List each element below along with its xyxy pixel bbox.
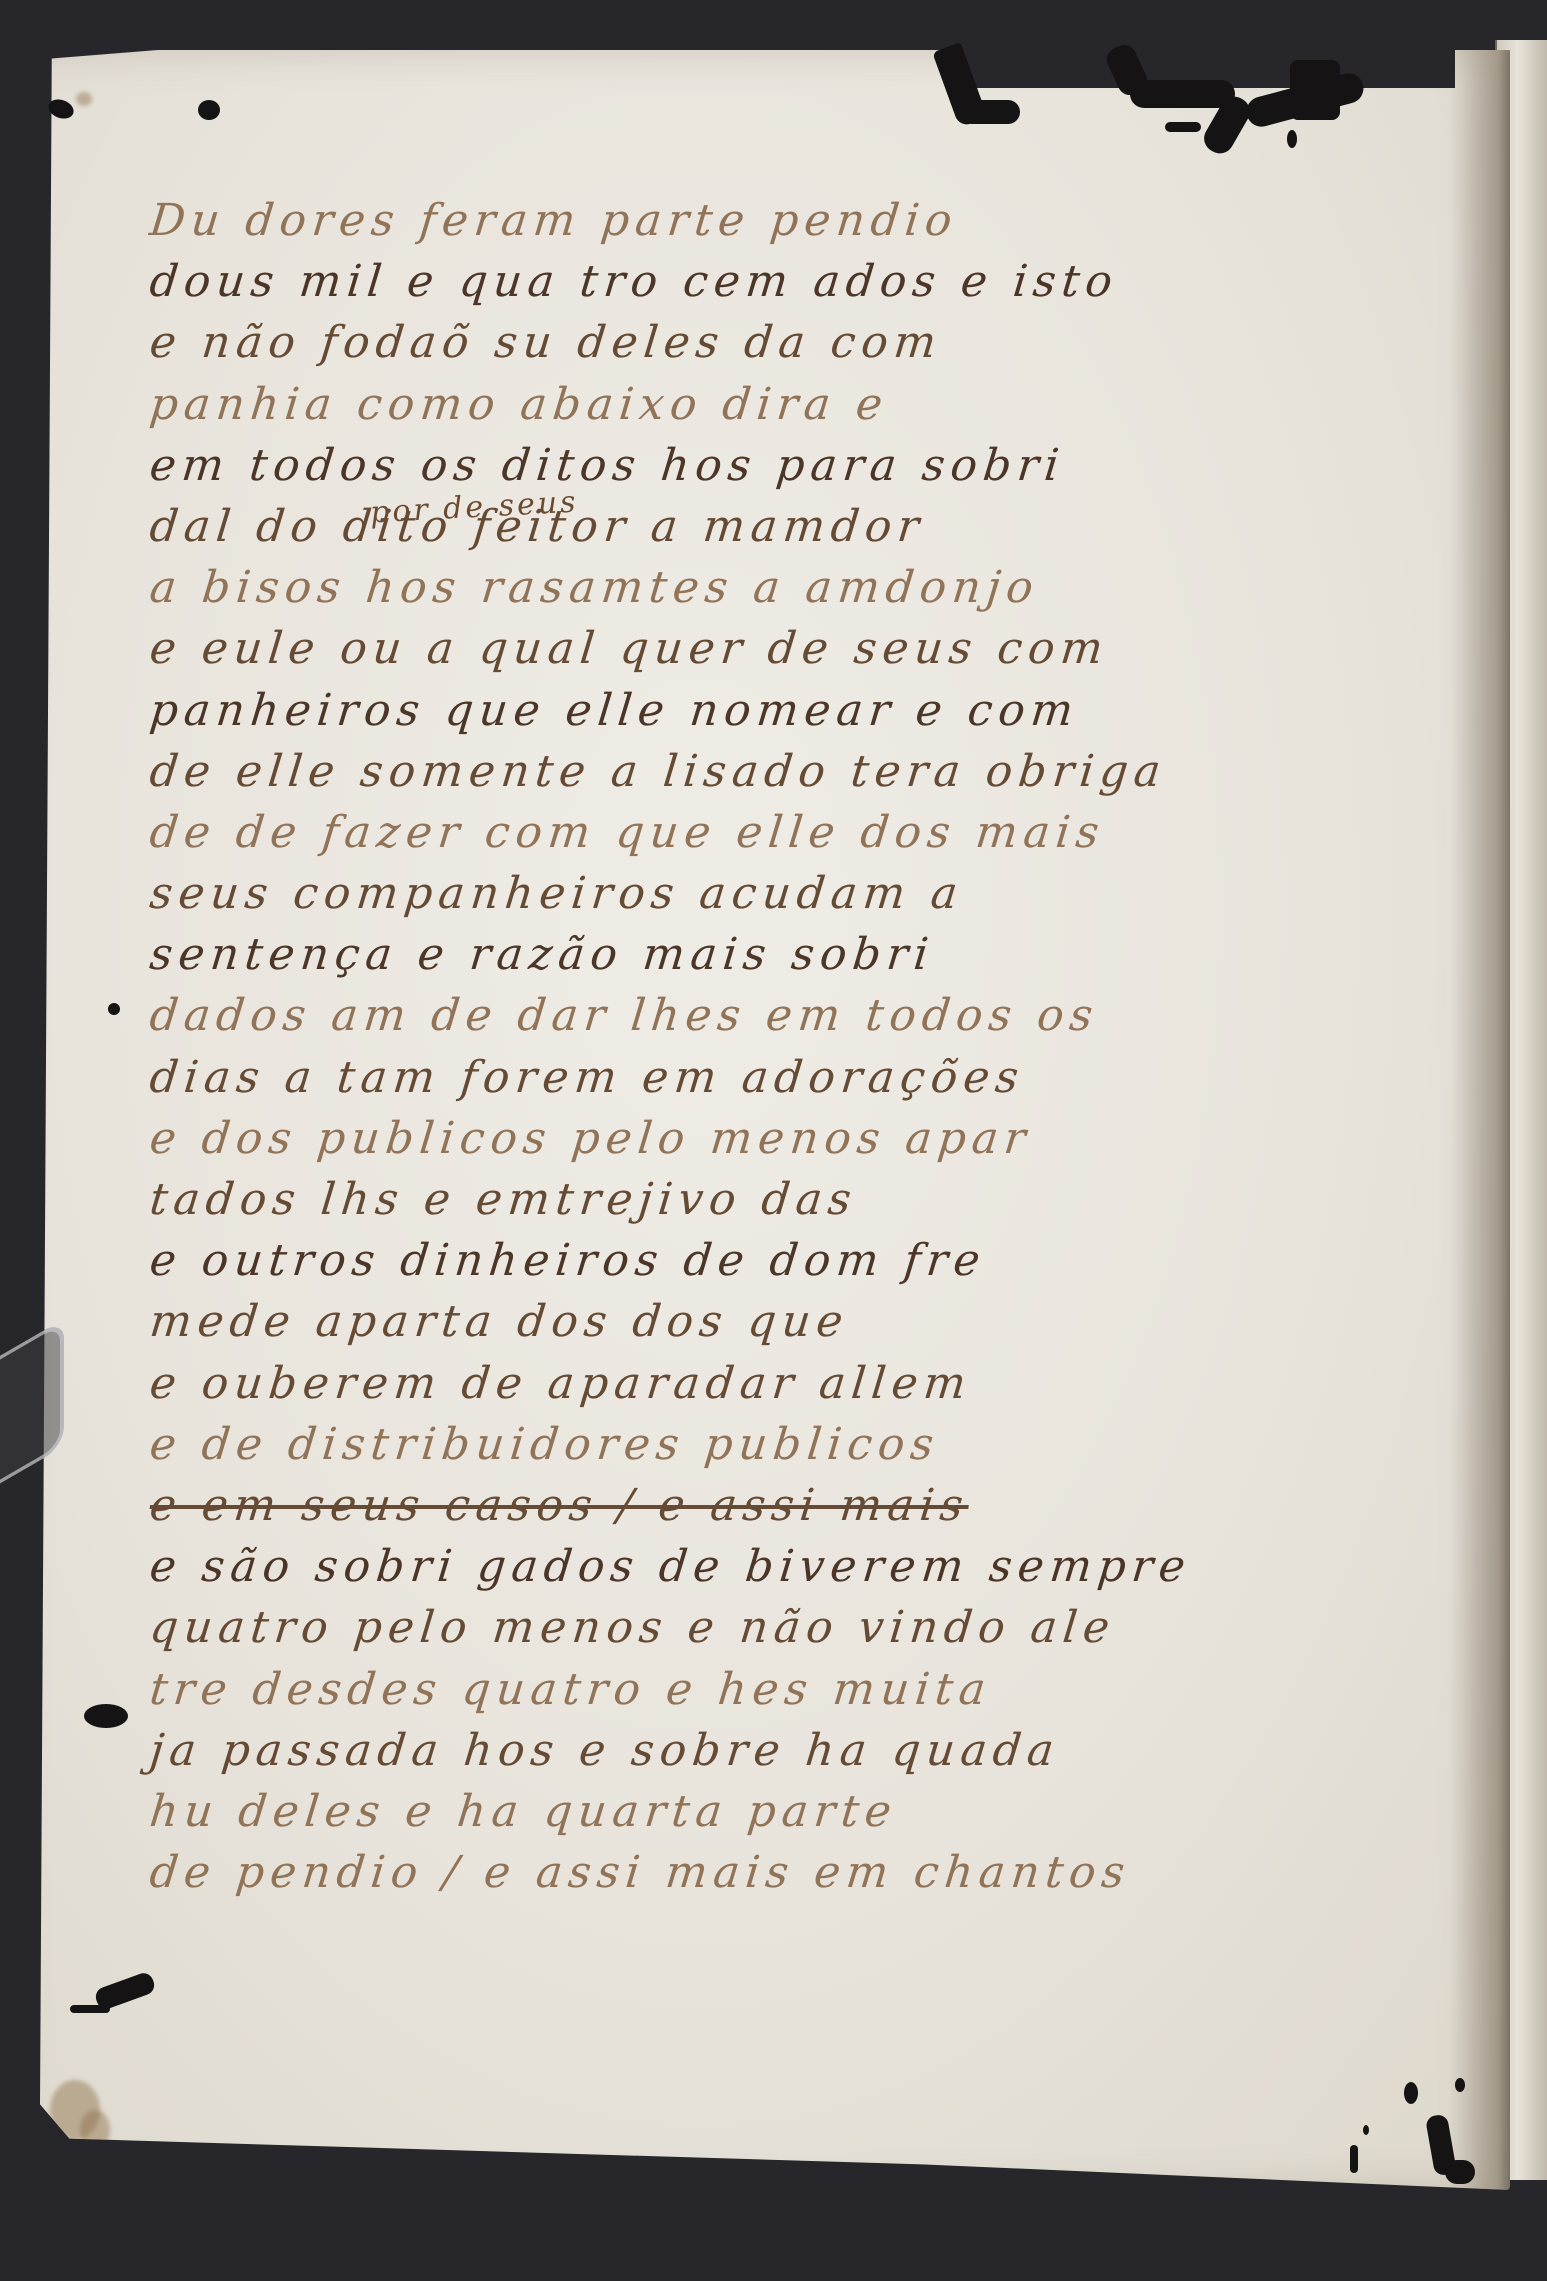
manuscript-line: e outros dinheiros de dom fre <box>147 1230 1473 1291</box>
ink-blot-icon <box>70 2005 110 2013</box>
manuscript-line: a bisos hos rasamtes a amdonjo <box>147 557 1473 618</box>
manuscript-line: de pendio / e assi mais em chantos <box>147 1842 1473 1903</box>
manuscript-line: dias a tam forem em adorações <box>147 1047 1473 1108</box>
manuscript-line: panheiros que elle nomear e com <box>147 680 1473 741</box>
ink-blot-icon <box>1165 122 1201 132</box>
ink-blot-icon <box>1350 2145 1358 2173</box>
manuscript-line: dal do dito feitor a mamdor <box>147 496 1473 557</box>
manuscript-line: quatro pelo menos e não vindo ale <box>147 1597 1473 1658</box>
ink-blot-icon <box>1404 2082 1418 2104</box>
manuscript-line: e são sobri gados de biverem sempre <box>147 1536 1473 1597</box>
manuscript-line: e não fodaõ su deles da com <box>147 312 1473 373</box>
manuscript-line: em todos os ditos hos para sobri <box>147 435 1473 496</box>
manuscript-scan: Du dores feram parte pendio dous mil e q… <box>0 0 1547 2281</box>
manuscript-line: dous mil e qua tro cem ados e isto <box>147 251 1473 312</box>
ink-blot-icon <box>1130 80 1235 108</box>
manuscript-line: tre desdes quatro e hes muita <box>147 1659 1473 1720</box>
manuscript-sheet: Du dores feram parte pendio dous mil e q… <box>40 50 1510 2190</box>
manuscript-line: panhia como abaixo dira e <box>147 374 1473 435</box>
ink-blot-icon <box>1455 2078 1465 2092</box>
stain <box>76 92 92 106</box>
manuscript-line: e de distribuidores publicos <box>147 1414 1473 1475</box>
ink-blot-icon <box>1363 2125 1369 2135</box>
stain <box>80 2110 110 2150</box>
manuscript-line: Du dores feram parte pendio <box>147 190 1473 251</box>
ink-blot-icon <box>960 100 1020 124</box>
manuscript-line: sentença e razão mais sobri <box>147 924 1473 985</box>
manuscript-line: seus companheiros acudam a <box>147 863 1473 924</box>
manuscript-line: de elle somente a lisado tera obriga <box>147 741 1473 802</box>
ink-blot-icon <box>1287 130 1297 148</box>
manuscript-line: de de fazer com que elle dos mais <box>147 802 1473 863</box>
manuscript-line: hu deles e ha quarta parte <box>147 1781 1473 1842</box>
manuscript-line: tados lhs e emtrejivo das <box>147 1169 1473 1230</box>
ink-blot-icon <box>1290 60 1340 120</box>
manuscript-line: e em seus casos / e assi mais <box>147 1475 1473 1536</box>
handwritten-text: Du dores feram parte pendio dous mil e q… <box>150 190 1470 1903</box>
ink-blot-icon <box>198 100 220 120</box>
ink-blot-icon <box>1445 2160 1475 2184</box>
manuscript-line: ja passada hos e sobre ha quada <box>147 1720 1473 1781</box>
manuscript-line: e dos publicos pelo menos apar <box>147 1108 1473 1169</box>
manuscript-line: e ouberem de aparadar allem <box>147 1353 1473 1414</box>
manuscript-line: mede aparta dos dos que <box>147 1291 1473 1352</box>
manuscript-line: e eule ou a qual quer de seus com <box>147 618 1473 679</box>
manuscript-line: dados am de dar lhes em todos os <box>147 985 1473 1046</box>
ink-blot-icon <box>108 1003 120 1015</box>
ink-blot-icon <box>84 1704 128 1728</box>
